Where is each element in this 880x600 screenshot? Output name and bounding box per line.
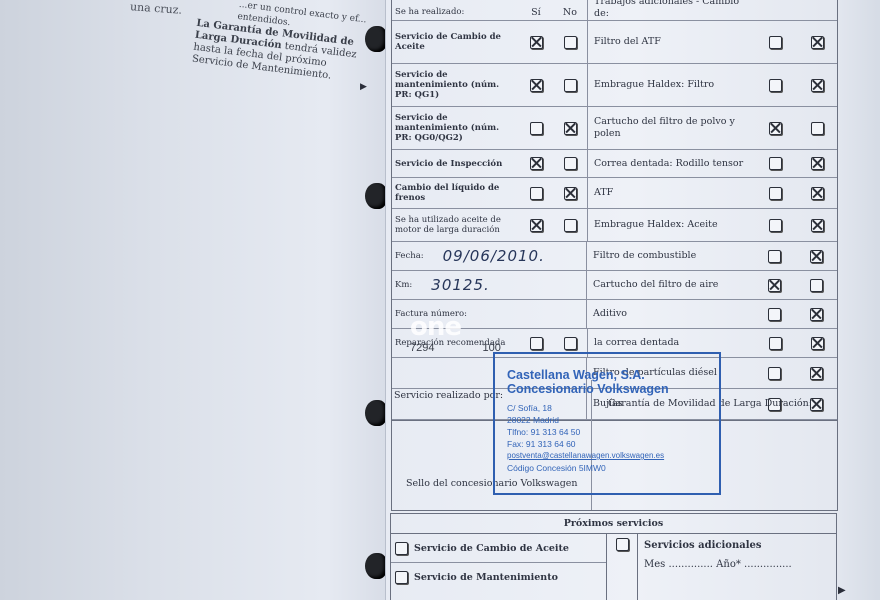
stamp-address-1: C/ Sofía, 18 <box>507 402 707 414</box>
right-row-label: Filtro del ATF <box>588 36 754 48</box>
binder-ring-icon <box>365 183 387 209</box>
right-page: Se ha realizado: Sí No Trabajos adiciona… <box>385 0 880 600</box>
no-checkbox[interactable] <box>564 157 577 170</box>
no-checkbox[interactable] <box>811 337 824 350</box>
form-row: Cambio del líquido de frenos ATF <box>392 178 837 209</box>
form-header: Se ha realizado: Sí No Trabajos adiciona… <box>392 0 837 21</box>
form-row: Servicio de mantenimiento (núm. PR: QG0/… <box>392 107 837 150</box>
no-checkbox[interactable] <box>564 36 577 49</box>
header-right: Trabajos adicionales - Cambio de: <box>588 0 754 20</box>
one-logo-watermark: one <box>410 312 461 342</box>
km-label: Km: <box>392 277 415 293</box>
right-row-label: Correa dentada: Rodillo tensor <box>588 158 754 170</box>
additional-services-label: Servicios adicionales <box>644 540 830 551</box>
next-services-box: Próximos servicios Servicio de Cambio de… <box>390 513 837 600</box>
no-checkbox[interactable] <box>810 308 823 321</box>
si-checkbox[interactable] <box>530 219 543 232</box>
header-si: Sí <box>519 5 553 20</box>
next-page-arrow-icon: ▶ <box>360 82 367 92</box>
right-row-label: Filtro de combustible <box>587 250 753 262</box>
si-checkbox[interactable] <box>768 367 781 380</box>
header-left: Se ha realizado: <box>392 4 519 20</box>
si-checkbox[interactable] <box>530 157 543 170</box>
checkbox-icon[interactable] <box>395 542 408 555</box>
no-checkbox[interactable] <box>811 219 824 232</box>
stamp-company: Castellana Wagen, S.A. <box>507 368 707 382</box>
no-checkbox[interactable] <box>564 187 577 200</box>
si-checkbox[interactable] <box>530 187 543 200</box>
stamp-address-2: 28022 Madrid <box>507 414 707 426</box>
additional-services-checkbox[interactable] <box>616 538 629 551</box>
si-checkbox[interactable] <box>769 187 782 200</box>
left-row-label: Servicio de Inspección <box>392 156 519 172</box>
right-row-label: Embrague Haldex: Aceite <box>588 219 754 231</box>
no-checkbox[interactable] <box>810 367 823 380</box>
right-row-label: Aditivo <box>587 308 753 320</box>
fecha-label: Fecha: <box>392 248 427 264</box>
warranty-note: ...er un control exacto y ef... entendid… <box>191 0 373 87</box>
binder-ring-icon <box>365 400 387 426</box>
si-checkbox[interactable] <box>768 308 781 321</box>
next-services-title: Próximos servicios <box>391 514 836 534</box>
no-checkbox[interactable] <box>811 79 824 92</box>
no-checkbox[interactable] <box>811 187 824 200</box>
stamp-phone: Tlfno: 91 313 64 50 <box>507 426 707 438</box>
no-checkbox[interactable] <box>564 337 577 350</box>
binder-ring-icon <box>365 26 387 52</box>
left-fragment-text: una cruz. <box>130 0 183 17</box>
stamp-code: Código Concesión 5IMW0 <box>507 462 707 474</box>
right-row-label: Cartucho del filtro de polvo y polen <box>588 116 754 140</box>
left-page: una cruz. ...er un control exacto y ef..… <box>0 0 385 600</box>
left-row-label: Se ha utilizado aceite de motor de larga… <box>392 212 519 238</box>
si-checkbox[interactable] <box>530 36 543 49</box>
left-row-label: Servicio de mantenimiento (núm. PR: QG1) <box>392 67 519 103</box>
stamp-subtitle: Concesionario Volkswagen <box>507 382 707 396</box>
form-row: Servicio de mantenimiento (núm. PR: QG1)… <box>392 64 837 107</box>
no-checkbox[interactable] <box>811 36 824 49</box>
form-row: Km:30125. Cartucho del filtro de aire <box>392 271 837 300</box>
si-checkbox[interactable] <box>769 157 782 170</box>
si-checkbox[interactable] <box>768 279 781 292</box>
km-value[interactable]: 30125. <box>431 276 490 294</box>
no-checkbox[interactable] <box>564 79 577 92</box>
form-row: Se ha utilizado aceite de motor de larga… <box>392 209 837 242</box>
no-checkbox[interactable] <box>564 219 577 232</box>
stamp-fax: Fax: 91 313 64 60 <box>507 438 707 450</box>
si-checkbox[interactable] <box>768 250 781 263</box>
right-row-label: Cartucho del filtro de aire <box>587 279 753 291</box>
stamp-email: postventa@castellanawagen.volkswagen.es <box>507 450 707 462</box>
no-checkbox[interactable] <box>810 250 823 263</box>
next-item-maintenance[interactable]: Servicio de Mantenimiento <box>391 563 606 591</box>
form-row: Fecha:09/06/2010. Filtro de combustible <box>392 242 837 271</box>
si-checkbox[interactable] <box>530 79 543 92</box>
form-row: Servicio de Inspección Correa dentada: R… <box>392 150 837 178</box>
no-checkbox[interactable] <box>564 122 577 135</box>
si-checkbox[interactable] <box>769 219 782 232</box>
si-checkbox[interactable] <box>769 36 782 49</box>
mes-field[interactable]: Mes .............. <box>644 559 713 570</box>
si-checkbox[interactable] <box>769 122 782 135</box>
watermark-num-1: 7294 <box>410 342 434 354</box>
form-row: Servicio de Cambio de Aceite Filtro del … <box>392 21 837 64</box>
left-row-label: Servicio de mantenimiento (núm. PR: QG0/… <box>392 110 519 146</box>
right-row-label: Embrague Haldex: Filtro <box>588 79 754 91</box>
si-checkbox[interactable] <box>769 79 782 92</box>
si-checkbox[interactable] <box>530 122 543 135</box>
no-checkbox[interactable] <box>811 122 824 135</box>
fecha-value[interactable]: 09/06/2010. <box>443 247 545 265</box>
next-item-oil-change[interactable]: Servicio de Cambio de Aceite <box>391 534 606 563</box>
header-no: No <box>553 5 587 20</box>
left-row-label: Servicio de Cambio de Aceite <box>392 29 519 55</box>
si-checkbox[interactable] <box>769 337 782 350</box>
checkbox-icon[interactable] <box>395 571 408 584</box>
right-row-label: ATF <box>588 187 754 199</box>
no-checkbox[interactable] <box>810 279 823 292</box>
left-row-label: Cambio del líquido de frenos <box>392 180 519 206</box>
no-checkbox[interactable] <box>811 157 824 170</box>
right-row-label: la correa dentada <box>588 337 754 349</box>
ano-field[interactable]: Año* ............... <box>716 559 792 570</box>
binder-ring-icon <box>365 553 387 579</box>
dealer-stamp: Castellana Wagen, S.A. Concesionario Vol… <box>493 352 721 495</box>
next-page-arrow-icon: ▶ <box>838 585 846 596</box>
